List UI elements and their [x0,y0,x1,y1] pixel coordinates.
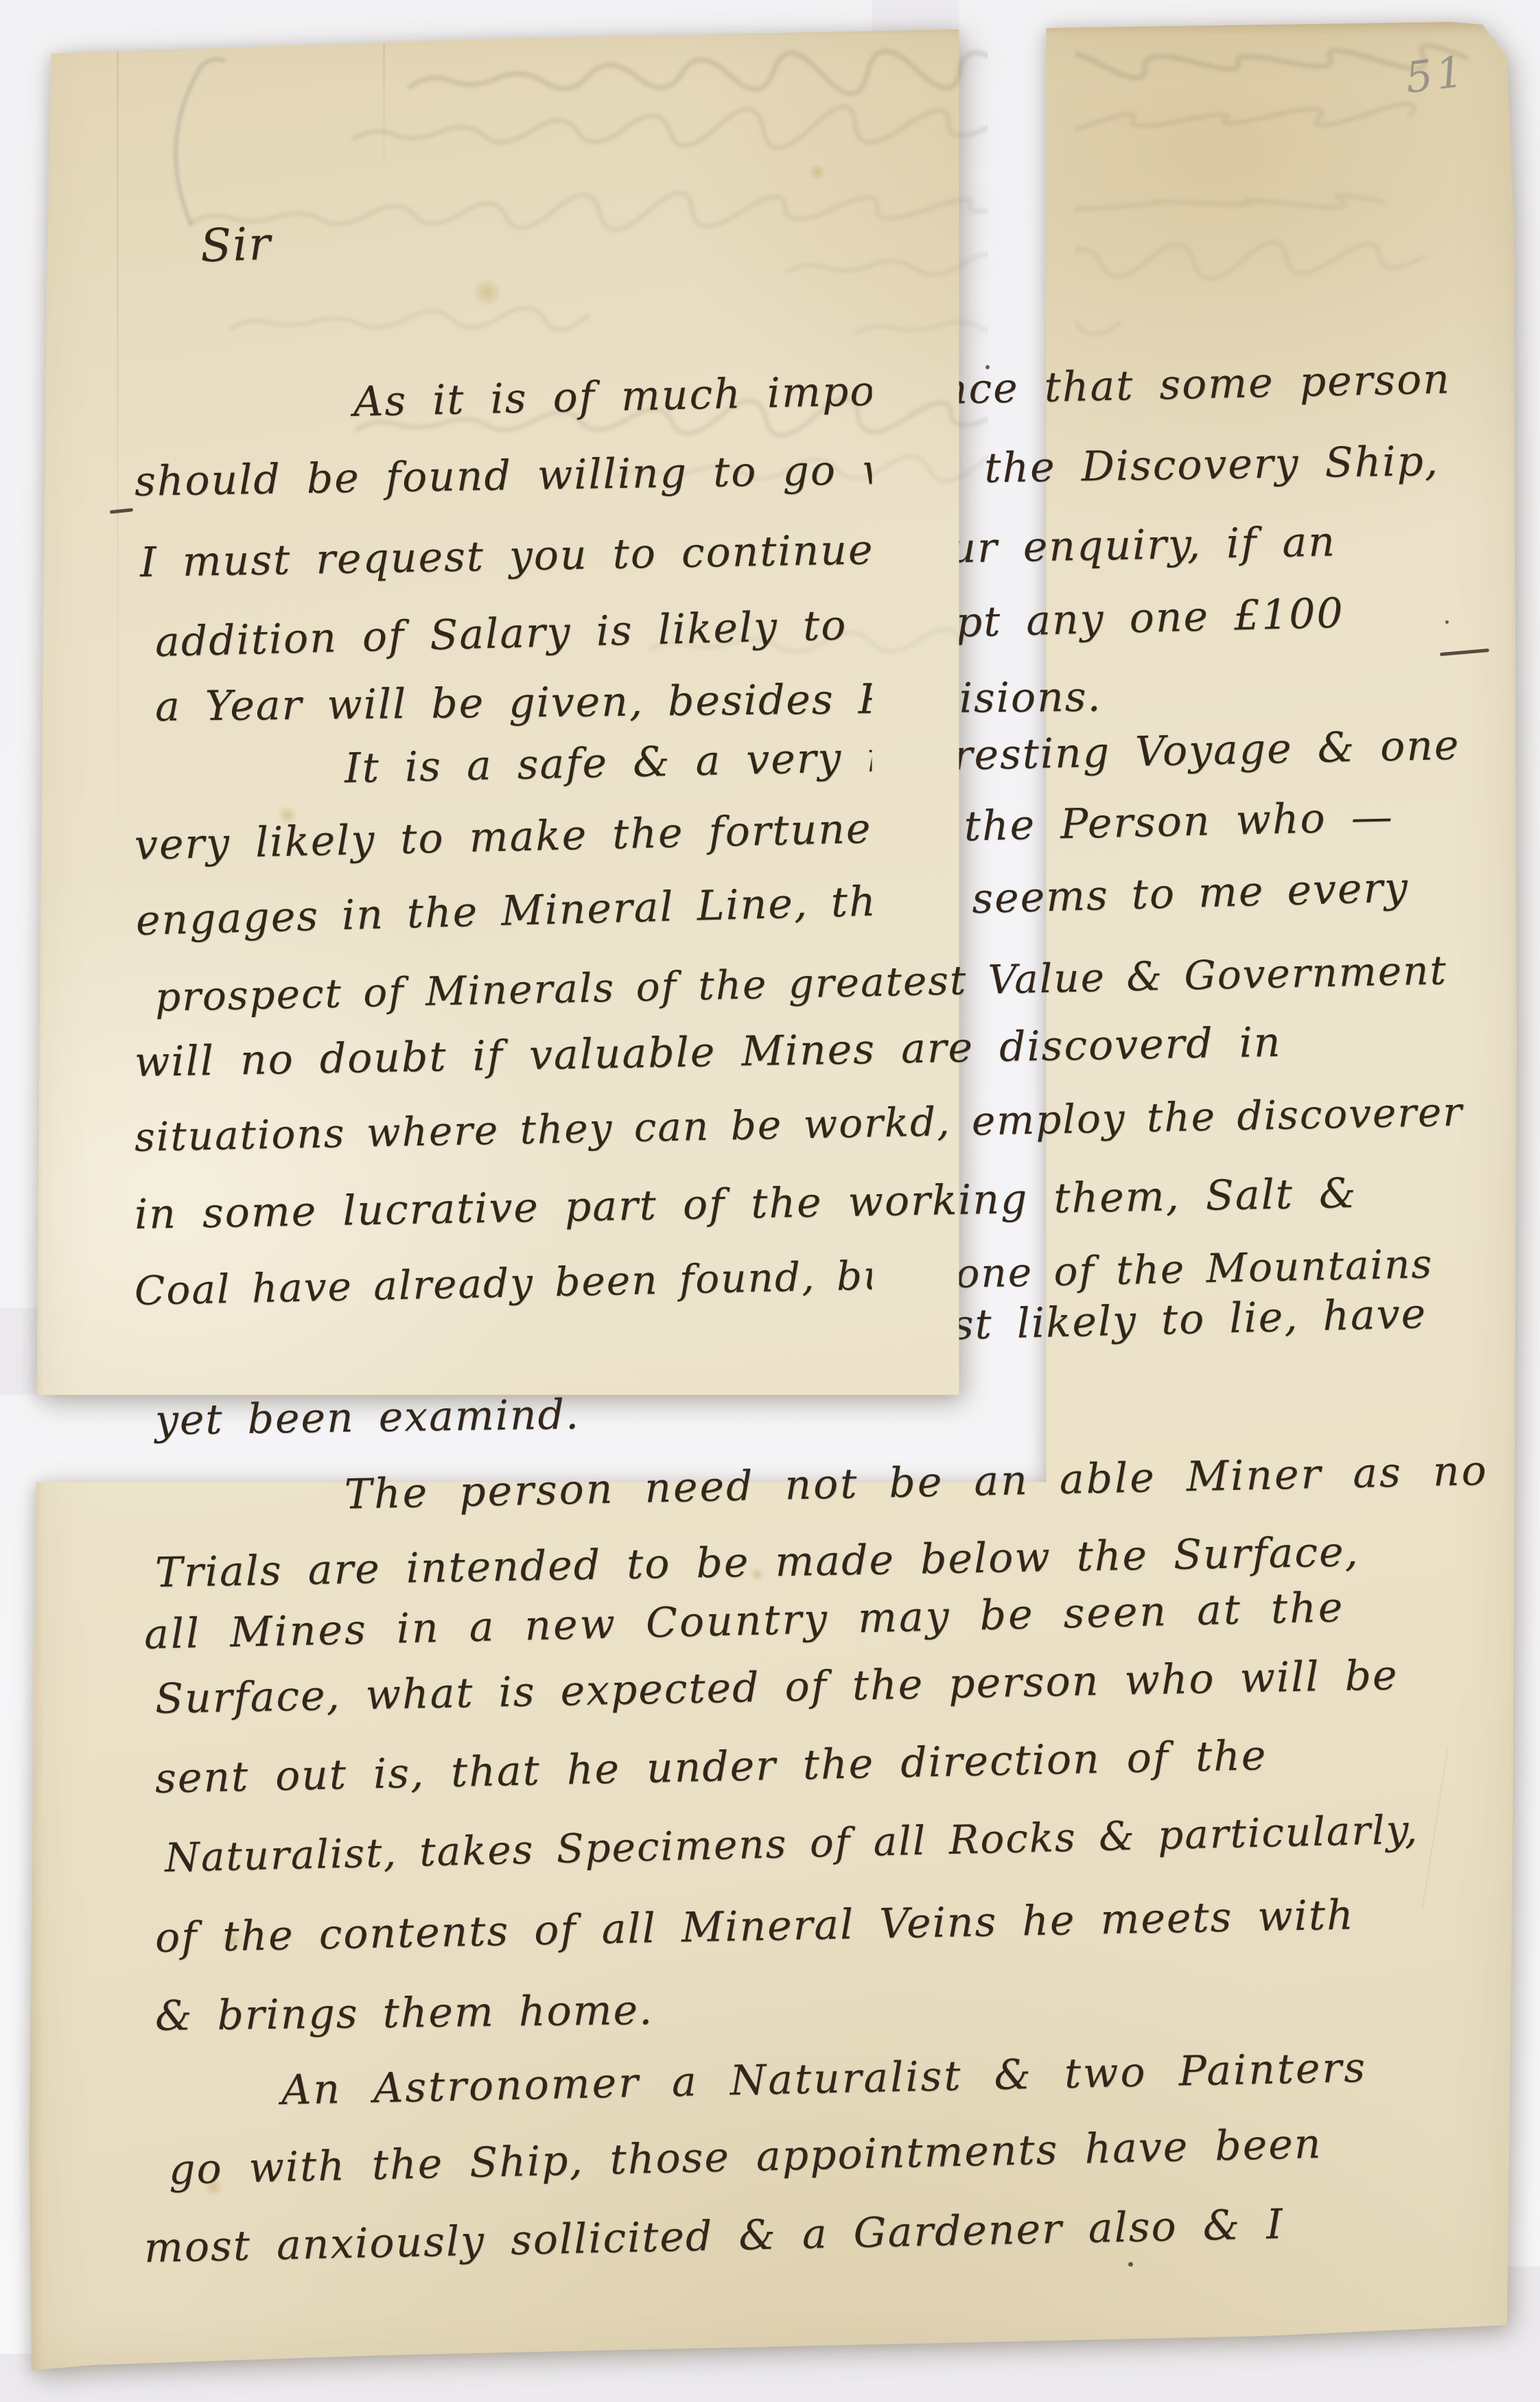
letter-line: engages in the Mineral Line, there seems… [135,867,1409,942]
letter-line: addition of Salary is likely to tempt an… [154,593,1344,663]
letter-line: all Mines in a new Country may be seen a… [143,1587,1345,1655]
letter-line: most anxiously sollicited & a Gardener a… [143,2204,1284,2269]
letter-line: & brings them home. [155,1990,654,2037]
letter-line: sent out is, that he under the direction… [154,1735,1268,1799]
page-number-annotation: 51 [1403,46,1469,103]
letter-line: very likely to make the fortune of the P… [134,796,1394,866]
handwriting-layer: 51 Sir As it is of much importance that … [0,0,1540,2402]
letter-line: a Year will be given, besides Provisions… [155,677,1102,727]
letter-line: It is a safe & a very interesting Voyage… [344,725,1460,789]
letter-line: of the contents of all Mineral Veins he … [154,1894,1355,1959]
letter-line: Surface, what is expected of the person … [154,1655,1399,1720]
salutation: Sir [200,221,272,269]
ink-speck [1105,2278,1108,2281]
ink-speck [1445,620,1449,624]
letter-line: in some lucrative part of the working th… [134,1173,1357,1235]
ink-dash-mark [110,508,133,514]
letter-line: As it is of much importance that some pe… [353,359,1451,423]
letter-line: will no doubt if valuable Mines are disc… [134,1022,1282,1083]
ink-speck [1128,2262,1133,2267]
ink-speck [985,365,990,369]
letter-line: An Astronomer a Naturalist & two Painter… [281,2047,1367,2111]
letter-line: Trials are intended to be made below the… [154,1531,1360,1594]
letter-line: yet been examind. [155,1394,581,1441]
letter-line: prospect of Minerals of the greatest Val… [154,951,1447,1017]
ink-speck [865,2335,868,2338]
letter-line: The person need not be an able Miner as … [344,1450,1489,1515]
letter-line: situations where they can be workd, empl… [134,1092,1463,1157]
ink-dash-after-sum [1440,649,1489,656]
letter-line: I must request you to continue your enqu… [139,522,1336,583]
scanned-letter-page: 51 Sir As it is of much importance that … [0,0,1540,2402]
letter-line: should be found willing to go with the D… [135,441,1440,502]
letter-line: Naturalist, takes Specimens of all Rocks… [164,1810,1419,1878]
letter-line: go with the Ship, those appointments hav… [168,2123,1322,2191]
